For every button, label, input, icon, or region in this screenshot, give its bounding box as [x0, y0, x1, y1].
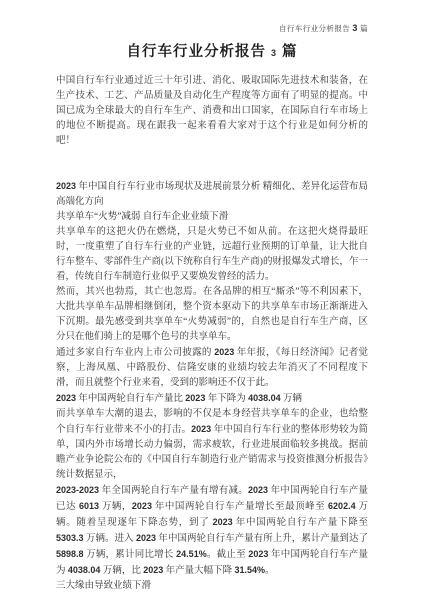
section-heading-market-outlook: 2023 年中国自行车行业市场现状及进展前景分析 精细化、差异化运营布局高端化方…: [56, 179, 368, 210]
intro-paragraph: 中国自行车行业通过近三十年引进、消化、吸取国际先进技术和装备，在生产技术、工艺、…: [56, 74, 368, 149]
document-body: 中国自行车行业通过近三十年引进、消化、吸取国际先进技术和装备，在生产技术、工艺、…: [56, 74, 368, 594]
running-header: 自行车行业分析报告 3 篇: [279, 23, 368, 34]
subheading-bike-sharing-decline: 共享单车“火势”减弱 自行车企业业绩下滑: [56, 210, 368, 225]
document-page: 自行车行业分析报告 3 篇 自行车行业分析报告 3 篇 中国自行车行业通过近三十…: [0, 0, 424, 600]
paragraph-brand-collapse: 然而，其兴也勃焉，其亡也忽焉。在各品牌的相互“厮杀”等不利因素下，大批共享单车品…: [56, 285, 368, 345]
paragraph-industry-impact: 而共享单车大潮的退去，影响的不仅是本身经营共享单车的企业，也给整个自行车行业带来…: [56, 407, 368, 483]
page-title: 自行车行业分析报告 3 篇: [0, 42, 424, 63]
paragraph-production-statistics: 2023-2023 年全国两轮自行车产量有增有减。2023 年中国两轮自行车产量…: [56, 483, 368, 579]
paragraph-annual-reports: 通过多家自行车业内上市公司披露的 2023 年年报，《每日经济闻》记者觉察，上海…: [56, 345, 368, 391]
subheading-three-reasons: 三大缘由导致业绩下滑: [56, 579, 368, 594]
subheading-production-drop: 2023 年中国两轮自行车产量比 2023 年下降为 4038.04 万辆: [56, 391, 368, 407]
paragraph-sharing-fire: 共享单车的这把火仍在燃烧，只是火势已不如从前。在这把火烧得最旺时，一度重塑了自行…: [56, 225, 368, 285]
